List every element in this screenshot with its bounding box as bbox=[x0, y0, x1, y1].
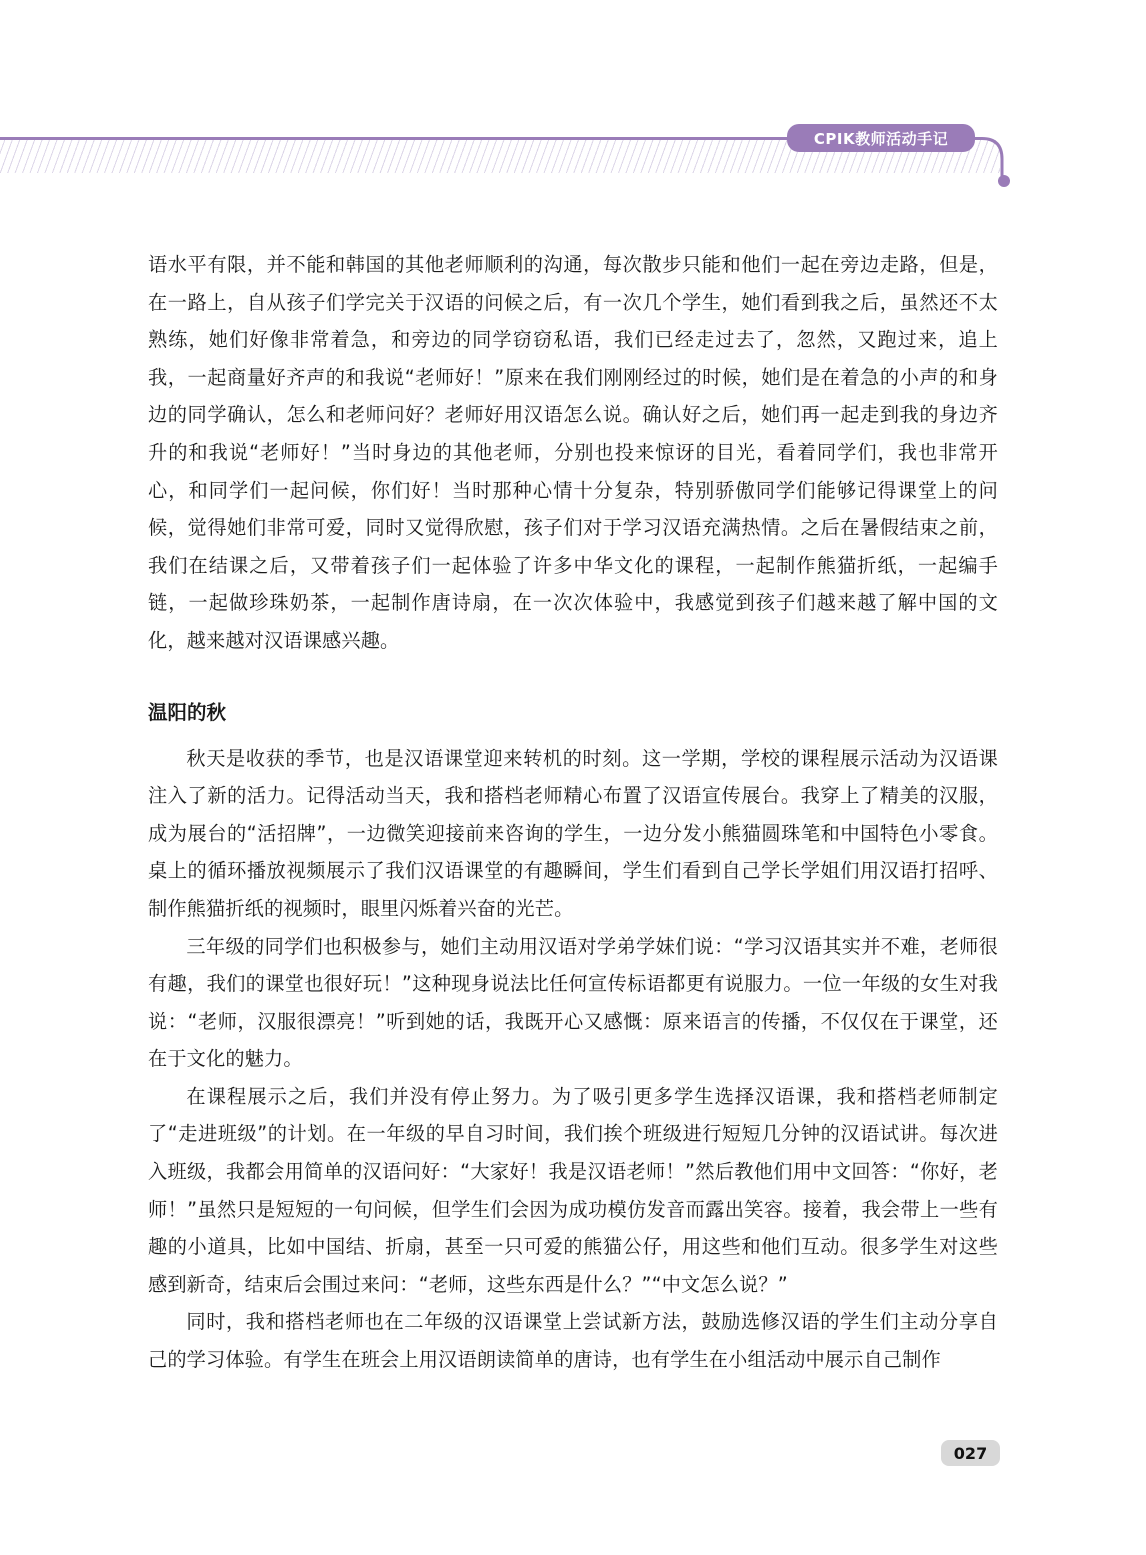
header-rule bbox=[0, 137, 790, 140]
header-dot-decoration bbox=[998, 175, 1010, 187]
paragraph: 三年级的同学们也积极参与，她们主动用汉语对学弟学妹们说：“学习汉语其实并不难，老… bbox=[148, 928, 998, 1078]
paragraph: 同时，我和搭档老师也在二年级的汉语课堂上尝试新方法，鼓励选修汉语的学生们主动分享… bbox=[148, 1303, 998, 1378]
paragraph: 秋天是收获的季节，也是汉语课堂迎来转机的时刻。这一学期，学校的课程展示活动为汉语… bbox=[148, 740, 998, 928]
article-body: 语水平有限，并不能和韩国的其他老师顺利的沟通，每次散步只能和他们一起在旁边走路，… bbox=[148, 246, 998, 1379]
page-header: CPIK教师活动手记 bbox=[0, 0, 1146, 200]
paragraph: 在课程展示之后，我们并没有停止努力。为了吸引更多学生选择汉语课，我和搭档老师制定… bbox=[148, 1078, 998, 1304]
paragraph: 语水平有限，并不能和韩国的其他老师顺利的沟通，每次散步只能和他们一起在旁边走路，… bbox=[148, 246, 998, 660]
page-number: 027 bbox=[941, 1440, 1000, 1466]
section-title: 温阳的秋 bbox=[148, 698, 998, 728]
header-tag: CPIK教师活动手记 bbox=[787, 124, 975, 152]
